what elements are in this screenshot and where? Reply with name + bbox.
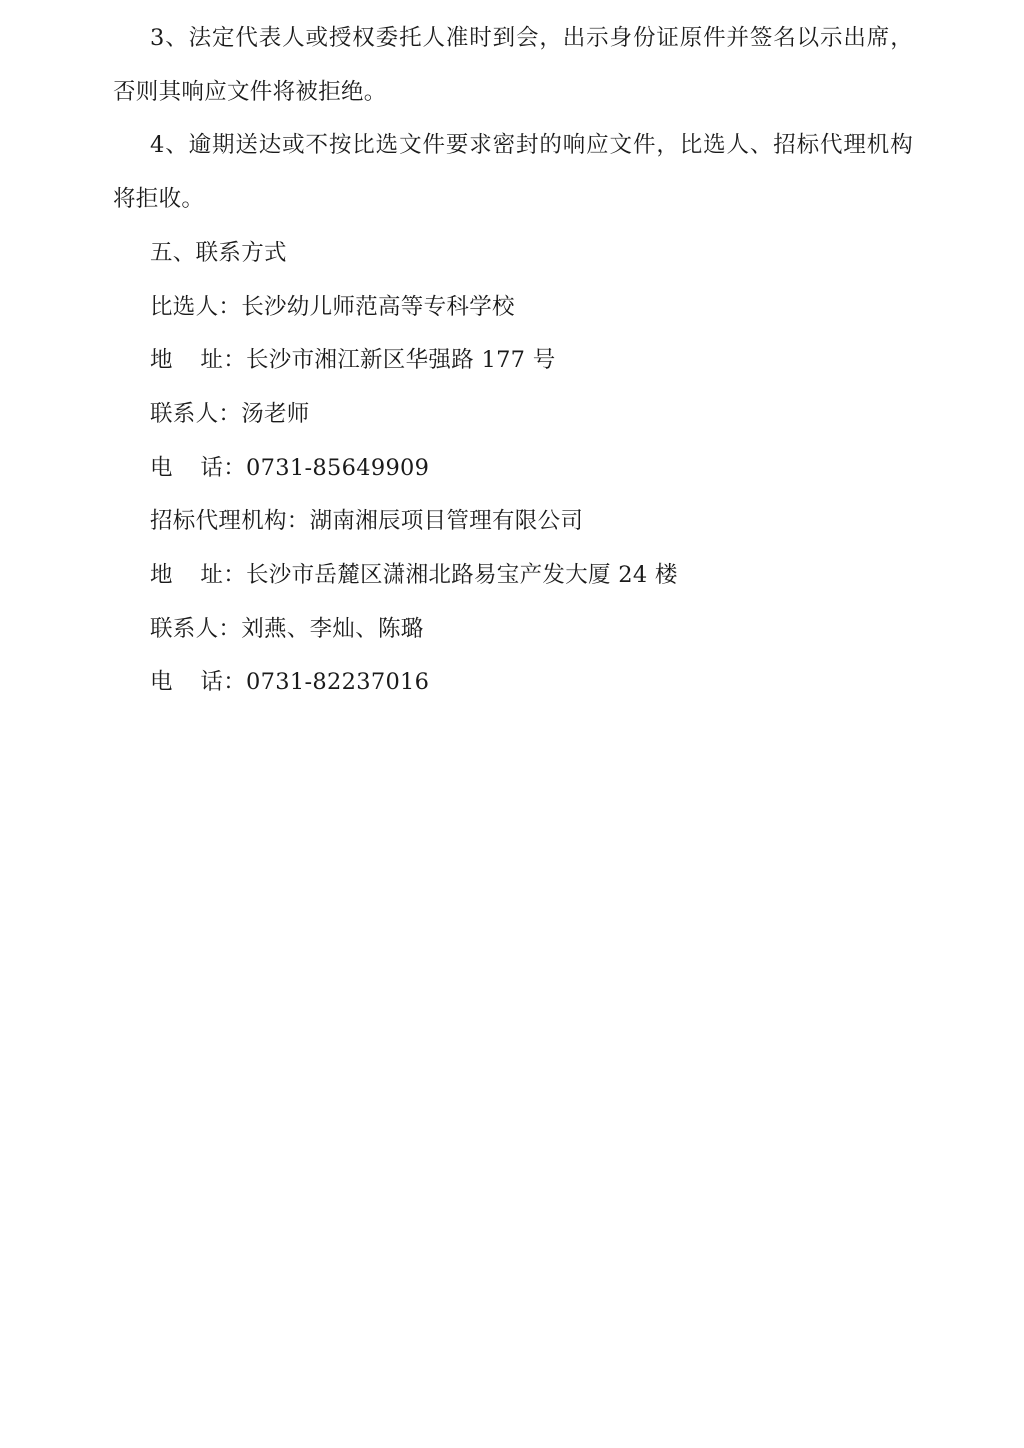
agency-address-value: 长沙市岳麓区潇湘北路易宝产发大厦 24 楼 bbox=[246, 562, 678, 588]
document-page: 3、法定代表人或授权委托人准时到会，出示身份证原件并签名以示出席，否则其响应文件… bbox=[113, 12, 913, 710]
paragraph-item-3: 3、法定代表人或授权委托人准时到会，出示身份证原件并签名以示出席，否则其响应文件… bbox=[113, 12, 913, 119]
label-part: 话： bbox=[200, 442, 246, 496]
label-part: 电 bbox=[150, 656, 173, 710]
agency-contact-person-value: 刘燕、李灿、陈璐 bbox=[241, 616, 423, 642]
agency-value: 湖南湘辰项目管理有限公司 bbox=[310, 508, 584, 534]
agency-contact-person-line: 联系人：刘燕、李灿、陈璐 bbox=[113, 603, 913, 657]
label-part: 话： bbox=[200, 656, 246, 710]
selector-contact-person-label: 联系人： bbox=[150, 388, 241, 442]
selector-phone-line: 电话：0731-85649909 bbox=[113, 442, 913, 496]
agency-contact-person-label: 联系人： bbox=[150, 603, 241, 657]
agency-phone-value: 0731-82237016 bbox=[246, 669, 429, 695]
agency-phone-line: 电话：0731-82237016 bbox=[113, 656, 913, 710]
selector-value: 长沙幼儿师范高等专科学校 bbox=[241, 294, 515, 320]
agency-name-line: 招标代理机构：湖南湘辰项目管理有限公司 bbox=[113, 495, 913, 549]
selector-contact-person-line: 联系人：汤老师 bbox=[113, 388, 913, 442]
selector-phone-value: 0731-85649909 bbox=[246, 455, 429, 481]
agency-phone-label: 电话： bbox=[150, 656, 246, 710]
section-heading-contact: 五、联系方式 bbox=[113, 227, 913, 281]
label-part: 址： bbox=[200, 549, 246, 603]
selector-contact-person-value: 汤老师 bbox=[241, 401, 309, 427]
agency-address-line: 地址：长沙市岳麓区潇湘北路易宝产发大厦 24 楼 bbox=[113, 549, 913, 603]
selector-name-line: 比选人：长沙幼儿师范高等专科学校 bbox=[113, 281, 913, 335]
label-part: 地 bbox=[150, 334, 173, 388]
selector-phone-label: 电话： bbox=[150, 442, 246, 496]
selector-address-label: 地址： bbox=[150, 334, 246, 388]
agency-label: 招标代理机构： bbox=[150, 495, 310, 549]
selector-address-line: 地址：长沙市湘江新区华强路 177 号 bbox=[113, 334, 913, 388]
label-part: 址： bbox=[200, 334, 246, 388]
label-part: 电 bbox=[150, 442, 173, 496]
selector-address-value: 长沙市湘江新区华强路 177 号 bbox=[246, 347, 556, 373]
paragraph-item-4: 4、逾期送达或不按比选文件要求密封的响应文件，比选人、招标代理机构将拒收。 bbox=[113, 119, 913, 226]
agency-address-label: 地址： bbox=[150, 549, 246, 603]
label-part: 地 bbox=[150, 549, 173, 603]
selector-label: 比选人： bbox=[150, 281, 241, 335]
